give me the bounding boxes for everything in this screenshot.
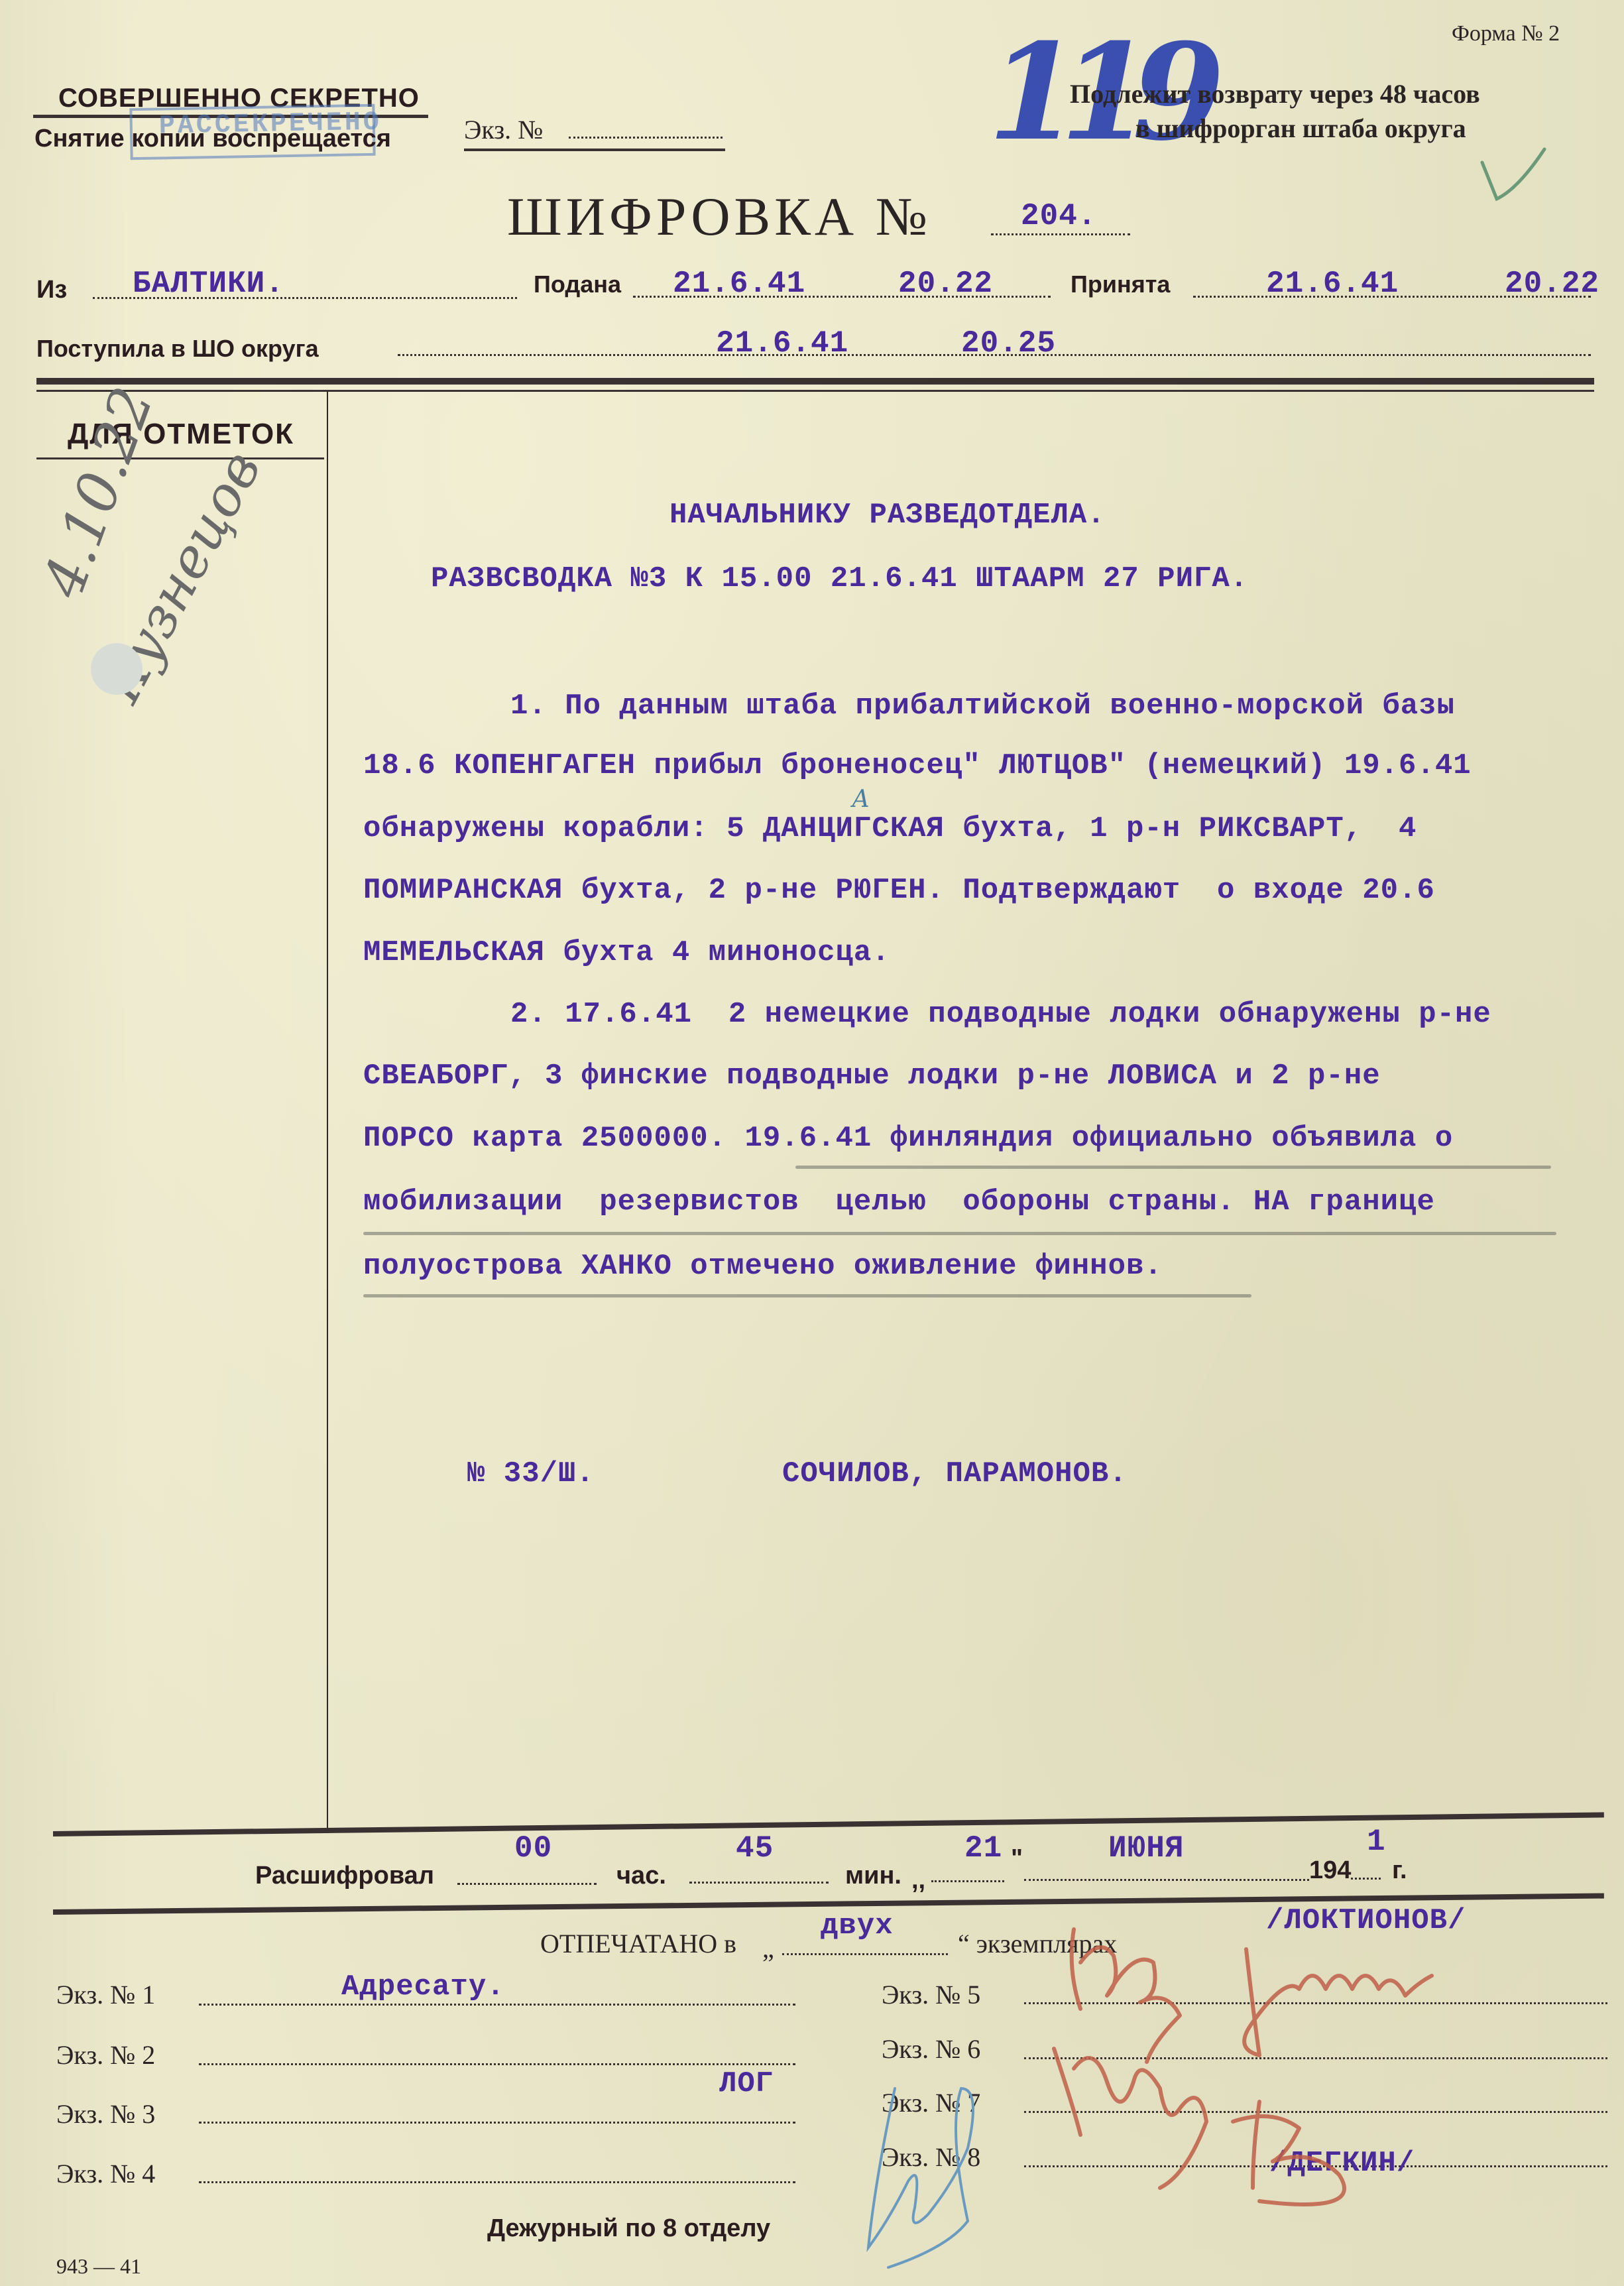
from-label: Из	[36, 276, 67, 304]
copy-3-label: Экз. № 3	[56, 2098, 155, 2130]
copy-5-label: Экз. № 5	[882, 1979, 980, 2010]
pencil-underline-2	[363, 1232, 1556, 1235]
printed-open-quote: „	[762, 1933, 774, 1964]
decrypted-minutes-field	[689, 1882, 829, 1884]
paragraph1-line2: 18.6 КОПЕНГАГЕН прибыл броненосец" ЛЮТЦО…	[363, 749, 1472, 782]
red-pencil-signatures	[1034, 1909, 1617, 2241]
paragraph1-line4: ПОМИРАНСКАЯ бухта, 2 р-не РЮГЕН. Подтвер…	[363, 874, 1435, 907]
from-value: БАЛТИКИ.	[133, 267, 284, 301]
decrypted-label: Расшифровал	[255, 1862, 434, 1890]
decrypted-hours-field	[457, 1883, 597, 1885]
header-divider-thick	[36, 378, 1594, 385]
submitted-label: Подана	[534, 271, 621, 298]
no-copy-label: Снятие копии воспрещается	[34, 125, 391, 153]
year-label: г.	[1392, 1856, 1407, 1885]
from-field	[93, 297, 517, 299]
printed-label: ОТПЕЧАТАНО в	[540, 1928, 736, 1959]
received-label: Принята	[1071, 271, 1170, 298]
document-title: ШИФРОВКА №	[507, 186, 931, 248]
close-quote: "	[1011, 1844, 1023, 1873]
sidebar-handwritten-note: 4.10.22 Кузнецов	[30, 464, 335, 716]
header-divider-thin	[36, 390, 1594, 392]
arrived-label: Поступила в ШО округа	[36, 335, 319, 363]
printed-count: двух	[821, 1909, 894, 1943]
arrived-field	[398, 354, 1591, 356]
pencil-underline-3	[363, 1294, 1251, 1297]
decrypted-day-field	[931, 1880, 1004, 1882]
paragraph2-line3: ПОРСО карта 2500000. 19.6.41 финляндия о…	[363, 1122, 1453, 1155]
margin-correction: А	[852, 786, 870, 813]
return-notice-line2: в шифрорган штаба округа	[1135, 113, 1466, 144]
decrypted-hours: 00	[514, 1831, 552, 1866]
copy-2-label: Экз. № 2	[56, 2039, 155, 2071]
copy-3-value: ЛОГ	[719, 2067, 774, 2100]
message-addressee: НАЧАЛЬНИКУ РАЗВЕДОТДЕЛА.	[669, 499, 1106, 532]
green-checkmark-icon	[1478, 143, 1551, 209]
year-prefix: 194	[1309, 1856, 1351, 1885]
paragraph2-line5: полуострова ХАНКО отмечено оживление фин…	[363, 1250, 1163, 1283]
paragraph2-line4: мобилизации резервистов целью обороны ст…	[363, 1185, 1435, 1219]
decrypted-month: ИЮНЯ	[1108, 1831, 1184, 1866]
copy-4-label: Экз. № 4	[56, 2158, 155, 2189]
minutes-label: мин.	[845, 1862, 901, 1890]
printed-count-field	[782, 1953, 948, 1955]
year-suffix: 1	[1367, 1825, 1386, 1859]
copy-1-label: Экз. № 1	[56, 1979, 155, 2010]
return-notice-line1: Подлежит возврату через 48 часов	[1070, 78, 1480, 109]
submitted-field	[633, 296, 1051, 298]
message-signatories: СОЧИЛОВ, ПАРАМОНОВ.	[782, 1457, 1128, 1490]
paragraph1-line5: МЕМЕЛЬСКАЯ бухта 4 миноносца.	[363, 936, 890, 969]
message-subject: РАЗВСВОДКА №3 К 15.00 21.6.41 ШТААРМ 27 …	[431, 562, 1248, 595]
cipher-number-field	[991, 233, 1130, 235]
paragraph2-line1: 2. 17.6.41 2 немецкие подводные лодки об…	[510, 998, 1491, 1031]
duty-officer-label: Дежурный по 8 отделу	[487, 2214, 770, 2243]
copy-1-field[interactable]	[199, 2004, 795, 2006]
received-field	[1193, 296, 1591, 298]
copy-number-underline	[464, 149, 725, 151]
paragraph2-line2: СВЕАБОРГ, 3 финские подводные лодки р-не…	[363, 1059, 1381, 1093]
copy-3-field[interactable]	[199, 2122, 795, 2124]
form-number: Форма № 2	[1452, 21, 1560, 46]
decrypted-minutes: 45	[736, 1831, 774, 1866]
print-code: 943 — 41	[56, 2254, 141, 2279]
copy-4-field[interactable]	[199, 2181, 795, 2183]
year-field	[1351, 1878, 1381, 1880]
cipher-number: 204.	[1021, 199, 1096, 233]
copy-2-field[interactable]	[199, 2063, 795, 2065]
message-reference: № 33/Ш.	[467, 1457, 595, 1490]
copy-1-value: Адресату.	[341, 1970, 505, 2004]
open-quote: ,,	[911, 1866, 925, 1895]
paper-hole	[91, 643, 143, 695]
paragraph1-line1: 1. По данным штаба прибалтийской военно-…	[510, 690, 1455, 723]
hours-label: час.	[616, 1862, 666, 1890]
paragraph1-line3: обнаружены корабли: 5 ДАНЦИГСКАЯ бухта, …	[363, 812, 1417, 845]
blue-pencil-initials	[848, 2049, 1008, 2274]
decrypted-day: 21	[964, 1831, 1002, 1866]
decrypted-month-field	[1024, 1879, 1309, 1881]
copy-number-field[interactable]	[569, 137, 723, 139]
pencil-underline-1	[795, 1166, 1551, 1169]
copy-number-label: Экз. №	[464, 114, 543, 145]
